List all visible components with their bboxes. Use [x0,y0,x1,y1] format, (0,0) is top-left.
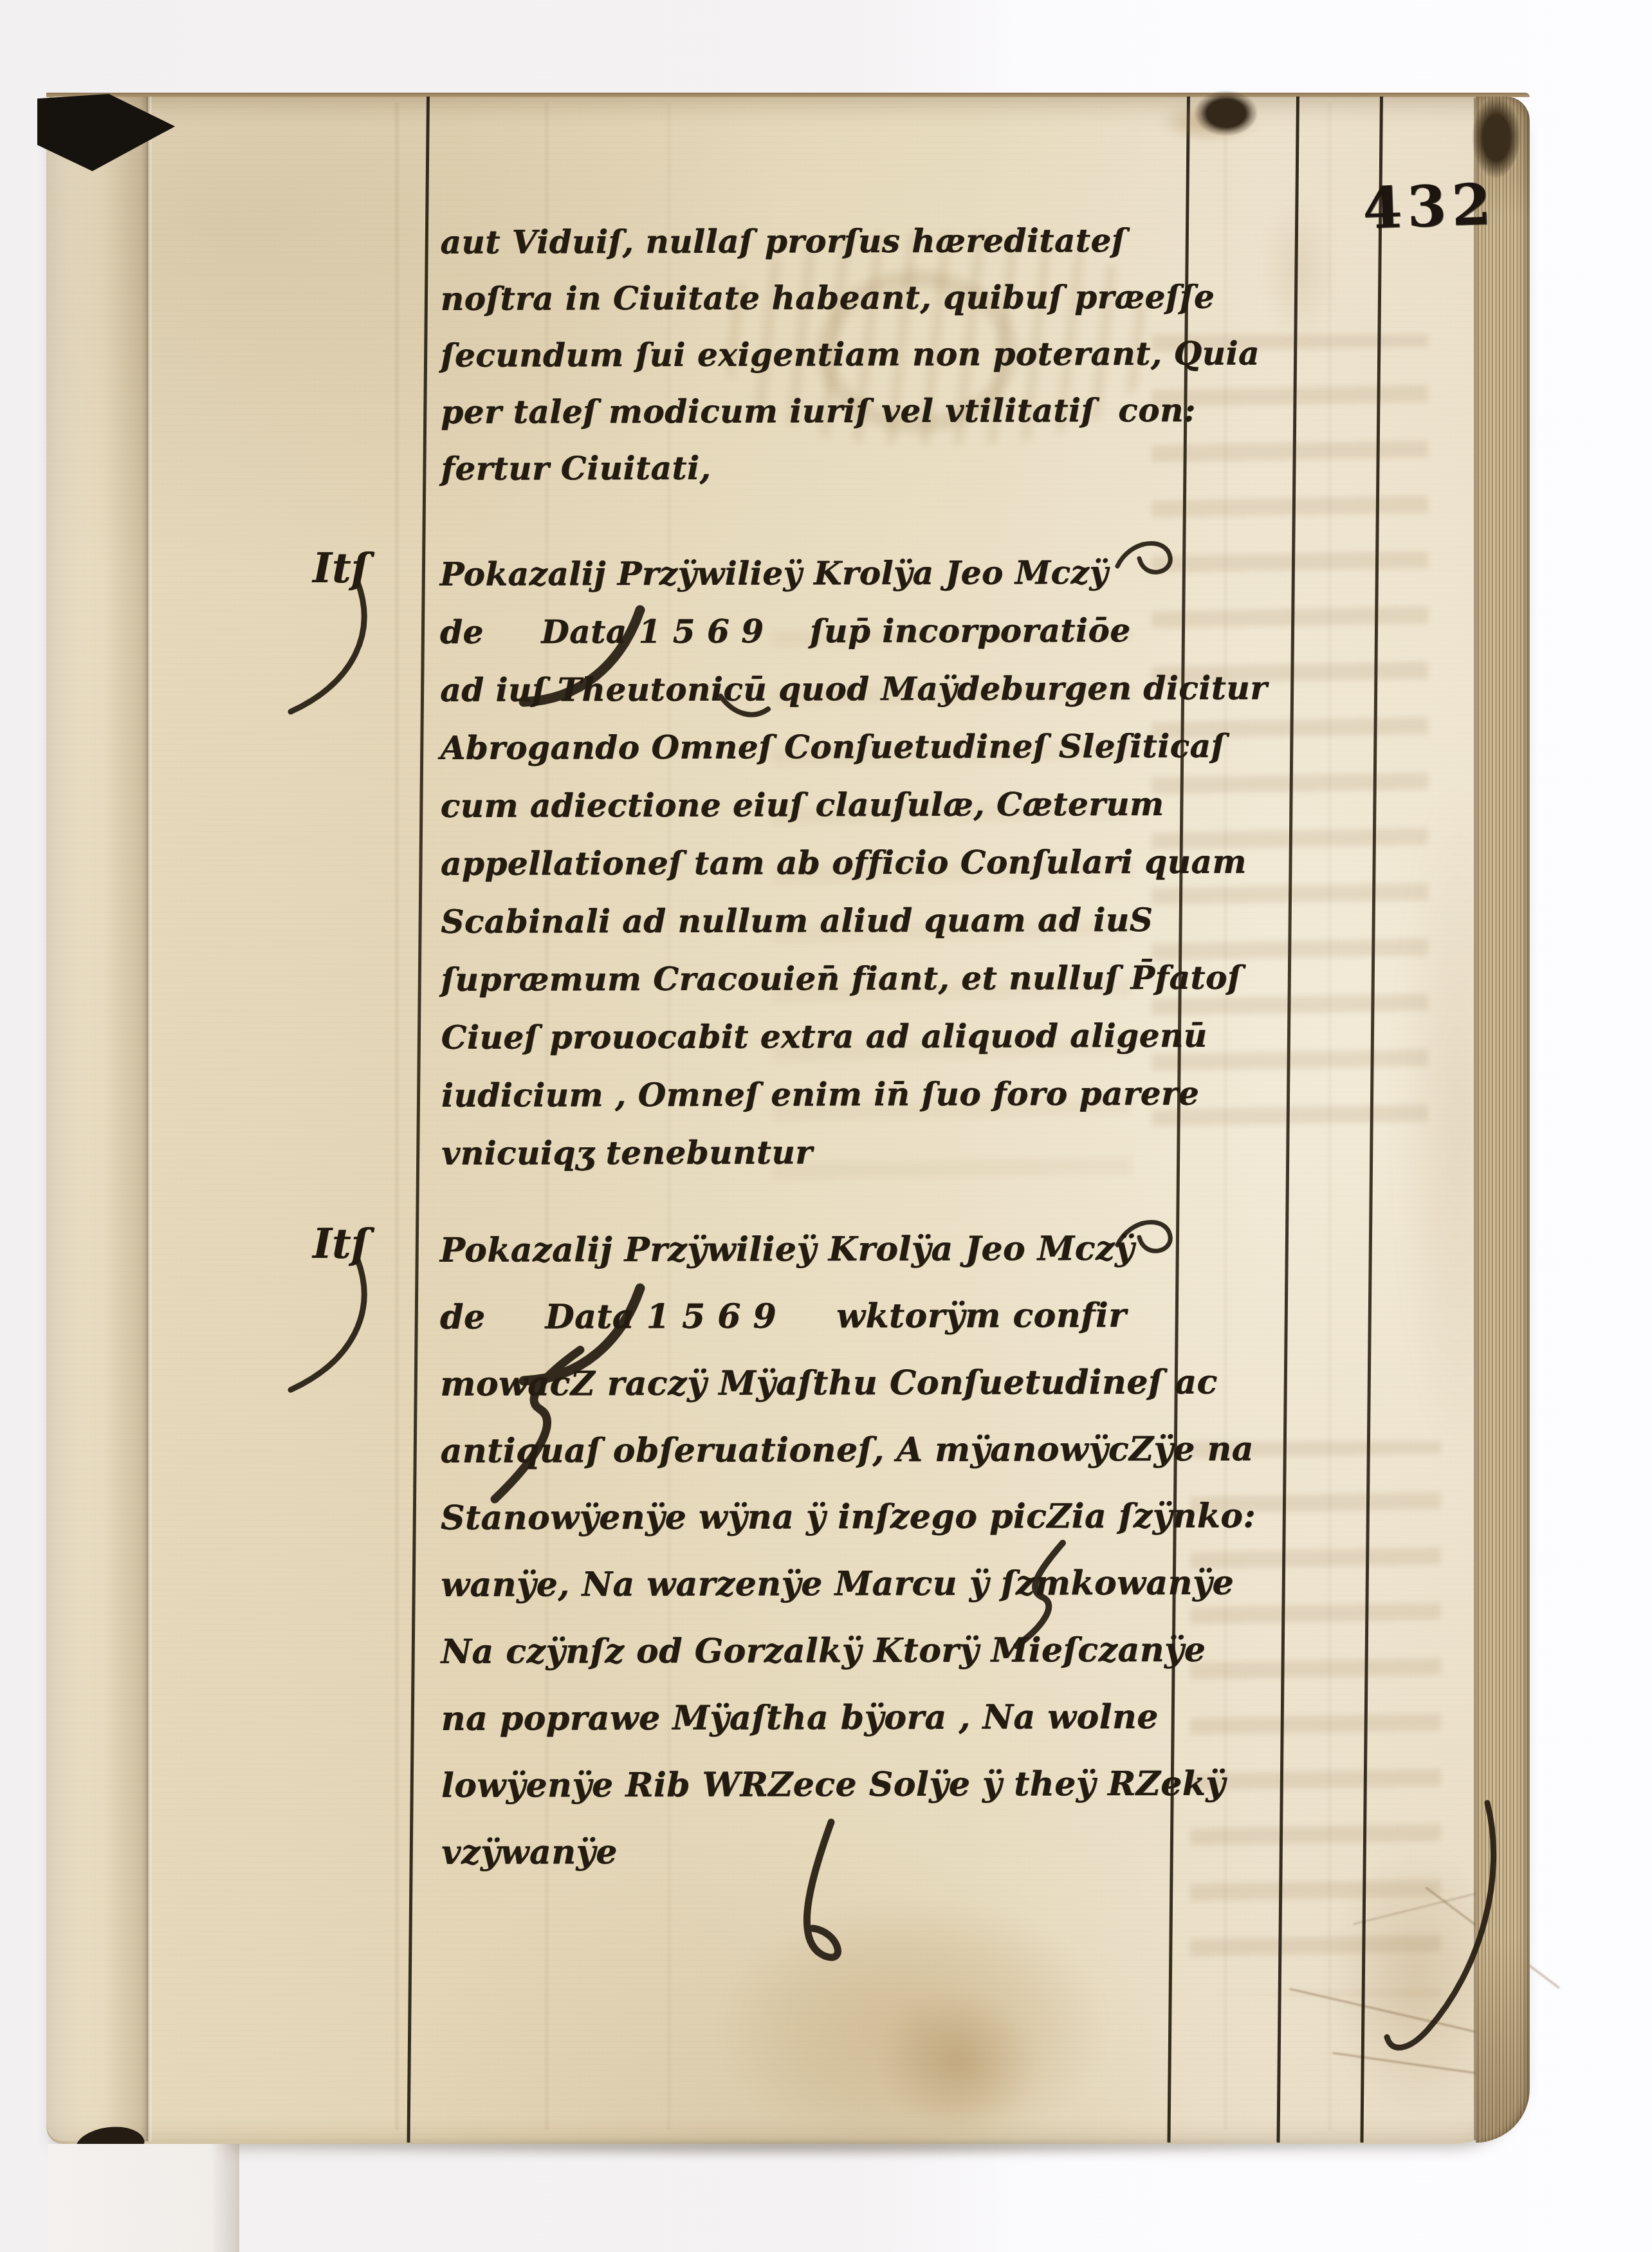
krolya-swash [524,610,640,702]
sup-abbreviation-stroke [720,696,768,715]
ink-flourishes [0,0,1652,2252]
krolya-swash [524,1288,640,1381]
mczy-loop [1117,543,1170,572]
wrzece-tail [807,1822,838,1957]
rzeky-tail [1387,1803,1494,2047]
manuscript-scan: 432 Itſ Itſ aut Viduiſ, nullaſ prorſus h… [0,0,1652,2252]
mczy-loop [1117,1222,1170,1251]
item-marker-tail [291,582,364,712]
piczia-z-swash [1016,1543,1063,1646]
item-marker-tail [291,1260,364,1390]
